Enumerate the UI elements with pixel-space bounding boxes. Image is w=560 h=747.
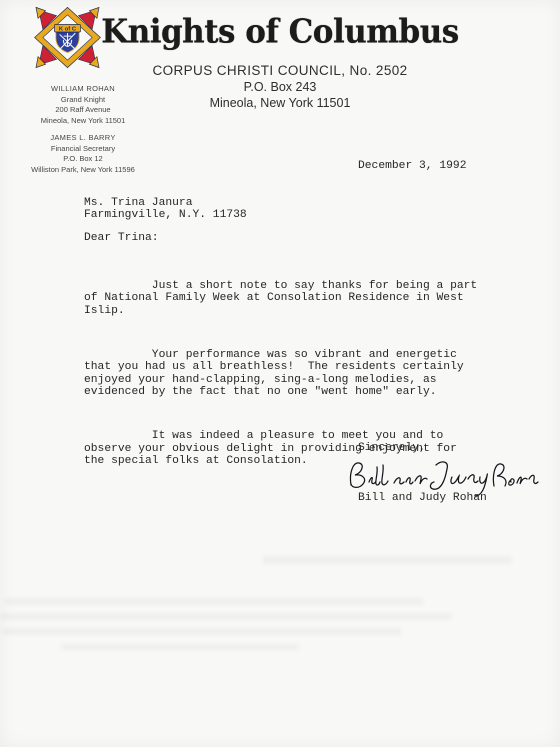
- salutation: Dear Trina:: [84, 232, 159, 244]
- officer-address: 200 Raff Avenue: [18, 105, 148, 116]
- officer-financial-secretary: JAMES L. BARRY Financial Secretary P.O. …: [18, 133, 148, 175]
- closing: Sincerely,: [358, 442, 426, 454]
- officers-sidebar: WILLIAM ROHAN Grand Knight 200 Raff Aven…: [18, 84, 148, 175]
- bleed-through-artifact: [60, 644, 300, 650]
- recipient-name: Ms. Trina Janura: [84, 197, 247, 209]
- officer-grand-knight: WILLIAM ROHAN Grand Knight 200 Raff Aven…: [18, 84, 148, 126]
- org-name: Knights of Columbus: [0, 13, 560, 50]
- paragraph-1: Just a short note to say thanks for bein…: [84, 280, 477, 317]
- bleed-through-artifact: [4, 598, 424, 605]
- letter-date: December 3, 1992: [358, 160, 466, 172]
- officer-title: Grand Knight: [18, 95, 148, 106]
- officer-title: Financial Secretary: [18, 144, 148, 155]
- officer-address: P.O. Box 12: [18, 154, 148, 165]
- letter-page: K of C Knights of Columbus CORPUS CHRIST…: [0, 0, 560, 747]
- recipient-block: Ms. Trina JanuraFarmingville, N.Y. 11738: [84, 197, 247, 222]
- officer-name: WILLIAM ROHAN: [18, 84, 148, 95]
- paragraph-2: Your performance was so vibrant and ener…: [84, 349, 477, 399]
- officer-address: Mineola, New York 11501: [18, 116, 148, 127]
- signature-stroke: [350, 462, 538, 496]
- officer-name: JAMES L. BARRY: [18, 133, 148, 144]
- bleed-through-artifact: [262, 556, 512, 564]
- officer-address: Williston Park, New York 11596: [18, 165, 148, 176]
- typed-signature: Bill and Judy Rohan: [358, 492, 487, 504]
- bleed-through-artifact: [0, 613, 452, 620]
- bleed-through-artifact: [2, 628, 402, 635]
- recipient-city: Farmingville, N.Y. 11738: [84, 209, 247, 221]
- council-line: CORPUS CHRISTI COUNCIL, No. 2502: [0, 63, 560, 78]
